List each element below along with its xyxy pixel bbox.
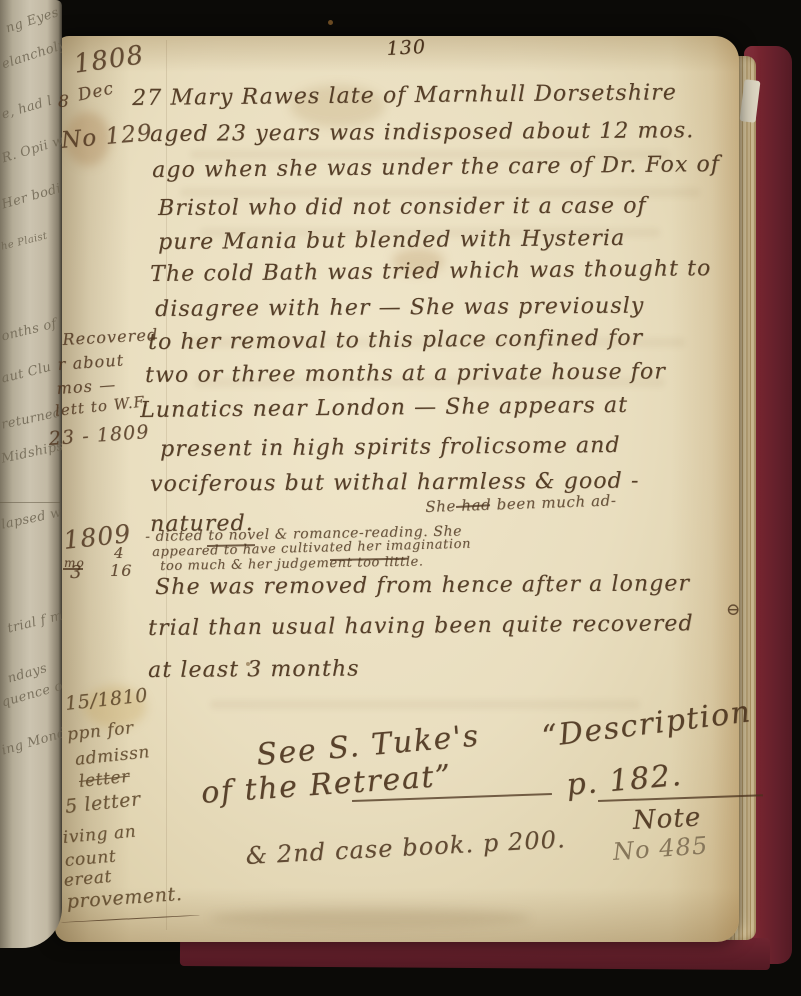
manuscript-line: Lunatics near London — She appears at (140, 393, 628, 423)
manuscript-line: two or three months at a private house f… (145, 359, 666, 388)
prev-page-fragment: R. Opii w (0, 133, 62, 166)
prev-page-fragment: aut Clu (0, 360, 53, 387)
prev-page-fragment: Her bodi (0, 181, 62, 212)
margin-day2-bottom: 16 (110, 561, 133, 580)
insertion-mark: ⊖ (726, 600, 741, 620)
prev-page-fragment: ing Mond (0, 726, 62, 759)
casebook-photo: 130 1808 Dec 8 No 129 Recovered r about … (0, 0, 801, 996)
manuscript-line: trial than usual having been quite recov… (148, 611, 694, 641)
manuscript-line: aged 23 years was indisposed about 12 mo… (150, 118, 694, 147)
margin-day2-top: 4 (114, 544, 125, 562)
manuscript-line: to her removal to this place confined fo… (148, 326, 643, 355)
margin-mo-value: 3 (70, 562, 83, 583)
bleedthrough-line (210, 700, 640, 709)
prev-page-fragment: lapsed w (0, 505, 62, 532)
page-number: 130 (386, 36, 427, 60)
previous-page-edge: ng Eyes elancholy e, had l R. Opii w Her… (0, 0, 62, 948)
manuscript-line: pure Mania but blended with Hysteria (158, 226, 625, 255)
manuscript-line: She was removed from hence after a longe… (155, 571, 690, 600)
manuscript-line: Bristol who did not consider it a case o… (158, 193, 647, 221)
prev-page-fragment: ng Eyes (4, 5, 61, 36)
prev-page-fragment: elancholy (0, 37, 62, 72)
footer-note-label: Note (632, 802, 702, 836)
prev-page-fragment: e, had l (0, 94, 54, 123)
entry-divider-line (0, 502, 60, 503)
margin-day: 8 (58, 92, 70, 112)
mo-underline (63, 568, 83, 570)
ink-spot (328, 20, 333, 25)
prev-page-fragment: onths of (0, 316, 58, 344)
manuscript-line: at least 3 months (148, 657, 360, 683)
prev-page-fragment: trial f m (6, 608, 62, 636)
manuscript-line: present in high spirits frolicsome and (160, 433, 621, 462)
paper-stain (210, 908, 530, 928)
prev-page-fragment: he Plaist (0, 231, 49, 253)
manuscript-line: disagree with her — She was previously (155, 294, 644, 322)
